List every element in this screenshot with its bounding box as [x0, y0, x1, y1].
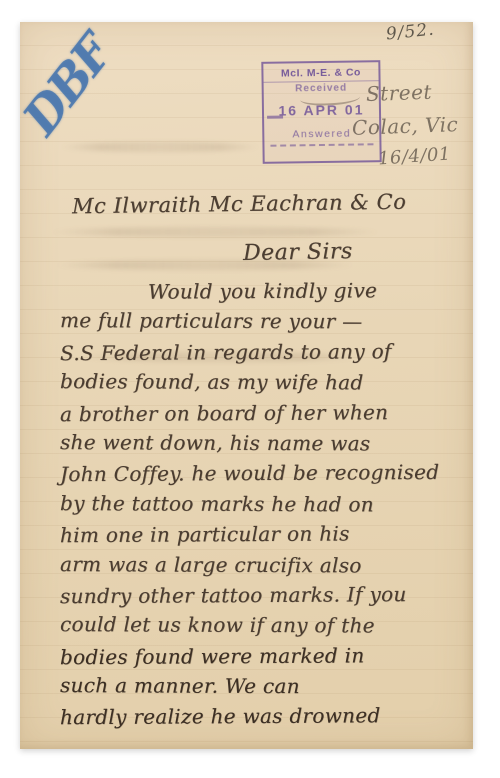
letter-line: arm was a large crucifix also — [60, 549, 465, 581]
stamp-divider — [267, 116, 283, 119]
letter-line: S.S Federal in regards to any of — [60, 336, 465, 369]
stamp-answer-line — [270, 143, 373, 146]
recipient-line: Mc Ilwraith Mc Eachran & Co — [72, 190, 407, 219]
letter-line: a brother on board of her when — [60, 396, 465, 429]
stamp-company-name: McI. M-E. & Co — [263, 66, 378, 83]
letter-line: John Coffey. he would be recognised — [60, 457, 465, 490]
company-rubber-stamp: McI. M-E. & Co Received 16 APR 01 Answer… — [261, 60, 381, 164]
letter-line: she went down, his name was — [60, 427, 465, 459]
letter-line: could let us know if any of the — [60, 609, 465, 641]
letter-line: Would you kindly give — [60, 275, 465, 308]
letter-line: bodies found, as my wife had — [60, 366, 465, 398]
letter-line: me full particulars re your — — [60, 306, 465, 338]
letter-line: sundry other tattoo marks. If you — [60, 579, 465, 612]
scanned-letter-page: { "page": {"background": "#ffffff", "pap… — [0, 0, 500, 778]
letter-line: such a manner. We can — [60, 670, 465, 702]
letter-line: by the tattoo marks he had on — [60, 488, 465, 520]
letter-line: hardly realize he was drowned — [60, 700, 465, 733]
stamp-received-label: Received — [264, 82, 379, 95]
letter-body: Would you kindly giveme full particulars… — [60, 276, 465, 732]
bleed-through-smudge — [50, 227, 380, 237]
bleed-through-smudge — [60, 142, 260, 152]
stamp-answered-label: Answered — [264, 127, 379, 141]
salutation: Dear Sirs — [243, 239, 353, 266]
letter-line: bodies found were marked in — [60, 639, 465, 672]
letter-line: him one in particular on his — [60, 518, 465, 551]
